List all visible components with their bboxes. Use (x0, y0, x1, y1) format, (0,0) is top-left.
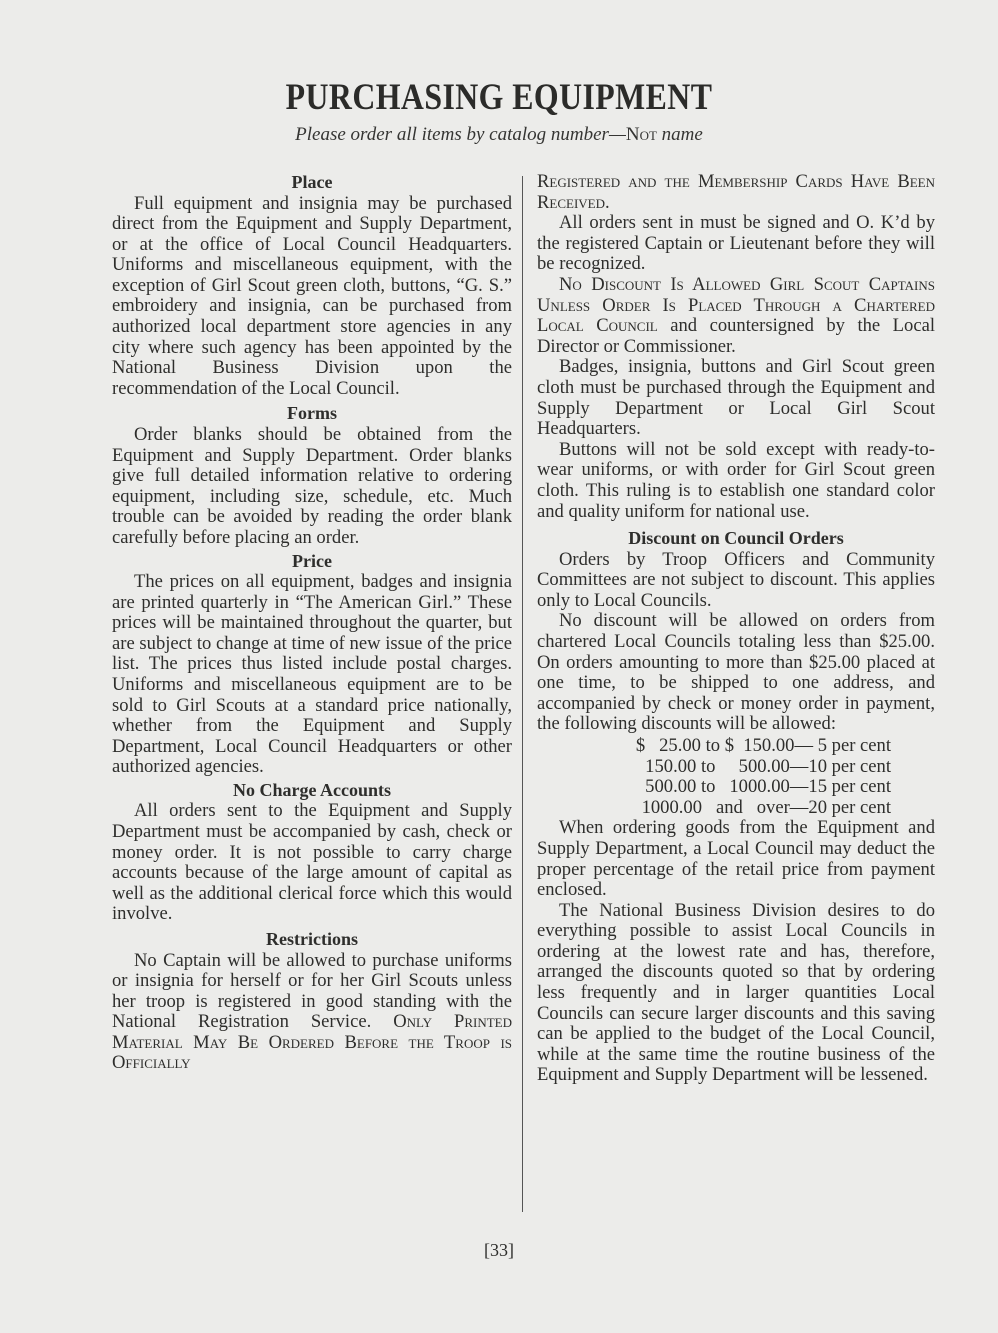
discount-range: 1000.00 and over— (642, 798, 809, 819)
heading-place: Place (112, 172, 512, 194)
page-title: PURCHASING EQUIPMENT (70, 76, 928, 119)
paragraph-badges: Badges, insignia, buttons and Girl Scout… (537, 357, 935, 439)
discount-row: 500.00 to 1000.00—15 per cent (537, 777, 935, 798)
paragraph-signed-orders: All orders sent in must be signed and O.… (537, 213, 935, 275)
paragraph-discount-4: The National Business Division desires t… (537, 901, 935, 1086)
paragraph-buttons: Buttons will not be sold except with rea… (537, 440, 935, 522)
paragraph-no-charge-accounts: All orders sent to the Equipment and Sup… (112, 801, 512, 925)
paragraph-no-discount: No Discount Is Allowed Girl Scout Captai… (537, 275, 935, 357)
heading-discount-council-orders: Discount on Council Orders (537, 528, 935, 550)
discount-range: 150.00 to 500.00— (645, 757, 808, 778)
discount-rate: 20 per cent (808, 798, 891, 819)
left-column: Place Full equipment and insignia may be… (112, 172, 512, 1074)
discount-row: 1000.00 and over—20 per cent (537, 798, 935, 819)
subtitle-italic: Please order all items by catalog number… (295, 124, 626, 145)
heading-forms: Forms (112, 403, 512, 425)
subtitle-tail: name (657, 124, 703, 145)
discount-row: 150.00 to 500.00—10 per cent (537, 757, 935, 778)
paragraph-price: The prices on all equipment, badges and … (112, 572, 512, 778)
column-divider (522, 176, 523, 1212)
paragraph-place: Full equipment and insignia may be purch… (112, 194, 512, 400)
right-column: Registered and the Membership Cards Have… (537, 172, 935, 1086)
paragraph-discount-2: No discount will be allowed on orders fr… (537, 611, 935, 735)
discount-rate: 15 per cent (808, 777, 891, 798)
subtitle-not: Not (626, 124, 657, 145)
paragraph-continuation: Registered and the Membership Cards Have… (537, 172, 935, 213)
page-number: [33] (0, 1240, 998, 1261)
page-subtitle: Please order all items by catalog number… (0, 124, 998, 146)
heading-restrictions: Restrictions (112, 929, 512, 951)
discount-range: 500.00 to 1000.00— (645, 777, 808, 798)
discount-range: $ 25.00 to $ 150.00— (636, 736, 813, 757)
paragraph-discount-3: When ordering goods from the Equipment a… (537, 818, 935, 900)
paragraph-restrictions: No Captain will be allowed to purchase u… (112, 951, 512, 1075)
paragraph-discount-1: Orders by Troop Officers and Community C… (537, 550, 935, 612)
discount-table: $ 25.00 to $ 150.00— 5 per cent 150.00 t… (537, 736, 935, 818)
paragraph-forms: Order blanks should be obtained from the… (112, 425, 512, 549)
discount-row: $ 25.00 to $ 150.00— 5 per cent (537, 736, 935, 757)
discount-rate: 5 per cent (813, 736, 891, 757)
heading-price: Price (112, 551, 512, 573)
heading-no-charge-accounts: No Charge Accounts (112, 780, 512, 802)
discount-rate: 10 per cent (808, 757, 891, 778)
